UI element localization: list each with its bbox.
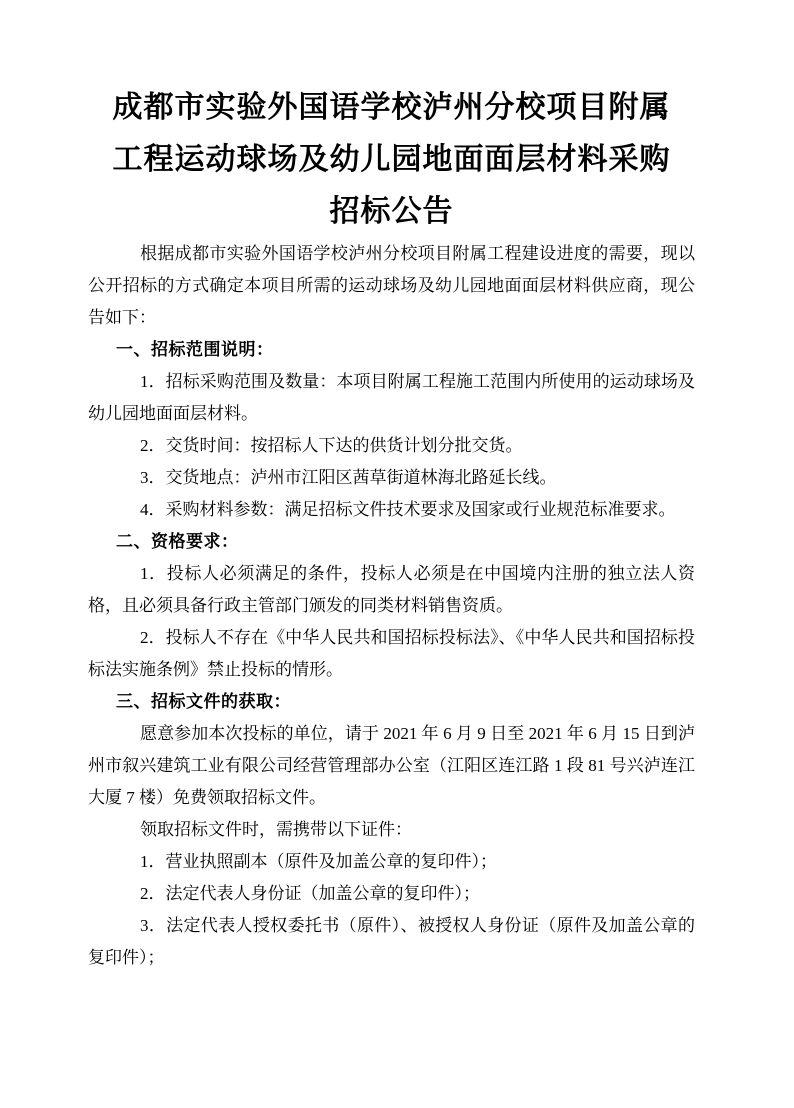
document-title-line-3: 招标公告 bbox=[88, 186, 695, 238]
document-title: 成都市实验外国语学校泸州分校项目附属 工程运动球场及幼儿园地面面层材料采购 招标… bbox=[88, 82, 695, 238]
section-1-item-3: 3．交货地点：泸州市江阳区茜草街道林海北路延长线。 bbox=[88, 462, 695, 494]
document-body: 根据成都市实验外国语学校泸州分校项目附属工程建设进度的需要，现以公开招标的方式确… bbox=[88, 238, 695, 974]
section-3-item-1: 1．营业执照副本（原件及加盖公章的复印件）； bbox=[88, 846, 695, 878]
document-page: 成都市实验外国语学校泸州分校项目附属 工程运动球场及幼儿园地面面层材料采购 招标… bbox=[0, 0, 794, 1108]
section-1-item-1: 1．招标采购范围及数量：本项目附属工程施工范围内所使用的运动球场及幼儿园地面面层… bbox=[88, 366, 695, 430]
document-title-line-1: 成都市实验外国语学校泸州分校项目附属 bbox=[88, 82, 695, 134]
section-3-heading: 三、招标文件的获取： bbox=[88, 686, 695, 718]
section-3-item-2: 2．法定代表人身份证（加盖公章的复印件）； bbox=[88, 878, 695, 910]
section-3-item-3: 3．法定代表人授权委托书（原件）、被授权人身份证（原件及加盖公章的复印件）； bbox=[88, 910, 695, 974]
section-3-paragraph-2: 领取招标文件时，需携带以下证件： bbox=[88, 814, 695, 846]
section-1-item-4: 4．采购材料参数：满足招标文件技术要求及国家或行业规范标准要求。 bbox=[88, 494, 695, 526]
intro-paragraph: 根据成都市实验外国语学校泸州分校项目附属工程建设进度的需要，现以公开招标的方式确… bbox=[88, 238, 695, 334]
section-2-item-2: 2．投标人不存在《中华人民共和国招标投标法》、《中华人民共和国招标投标法实施条例… bbox=[88, 622, 695, 686]
section-1-heading: 一、招标范围说明： bbox=[88, 334, 695, 366]
section-2-item-1: 1．投标人必须满足的条件，投标人必须是在中国境内注册的独立法人资格，且必须具备行… bbox=[88, 558, 695, 622]
section-2-heading: 二、资格要求： bbox=[88, 526, 695, 558]
document-title-line-2: 工程运动球场及幼儿园地面面层材料采购 bbox=[88, 134, 695, 186]
section-3-paragraph-1: 愿意参加本次投标的单位，请于 2021 年 6 月 9 日至 2021 年 6 … bbox=[88, 718, 695, 814]
section-1-item-2: 2．交货时间：按招标人下达的供货计划分批交货。 bbox=[88, 430, 695, 462]
